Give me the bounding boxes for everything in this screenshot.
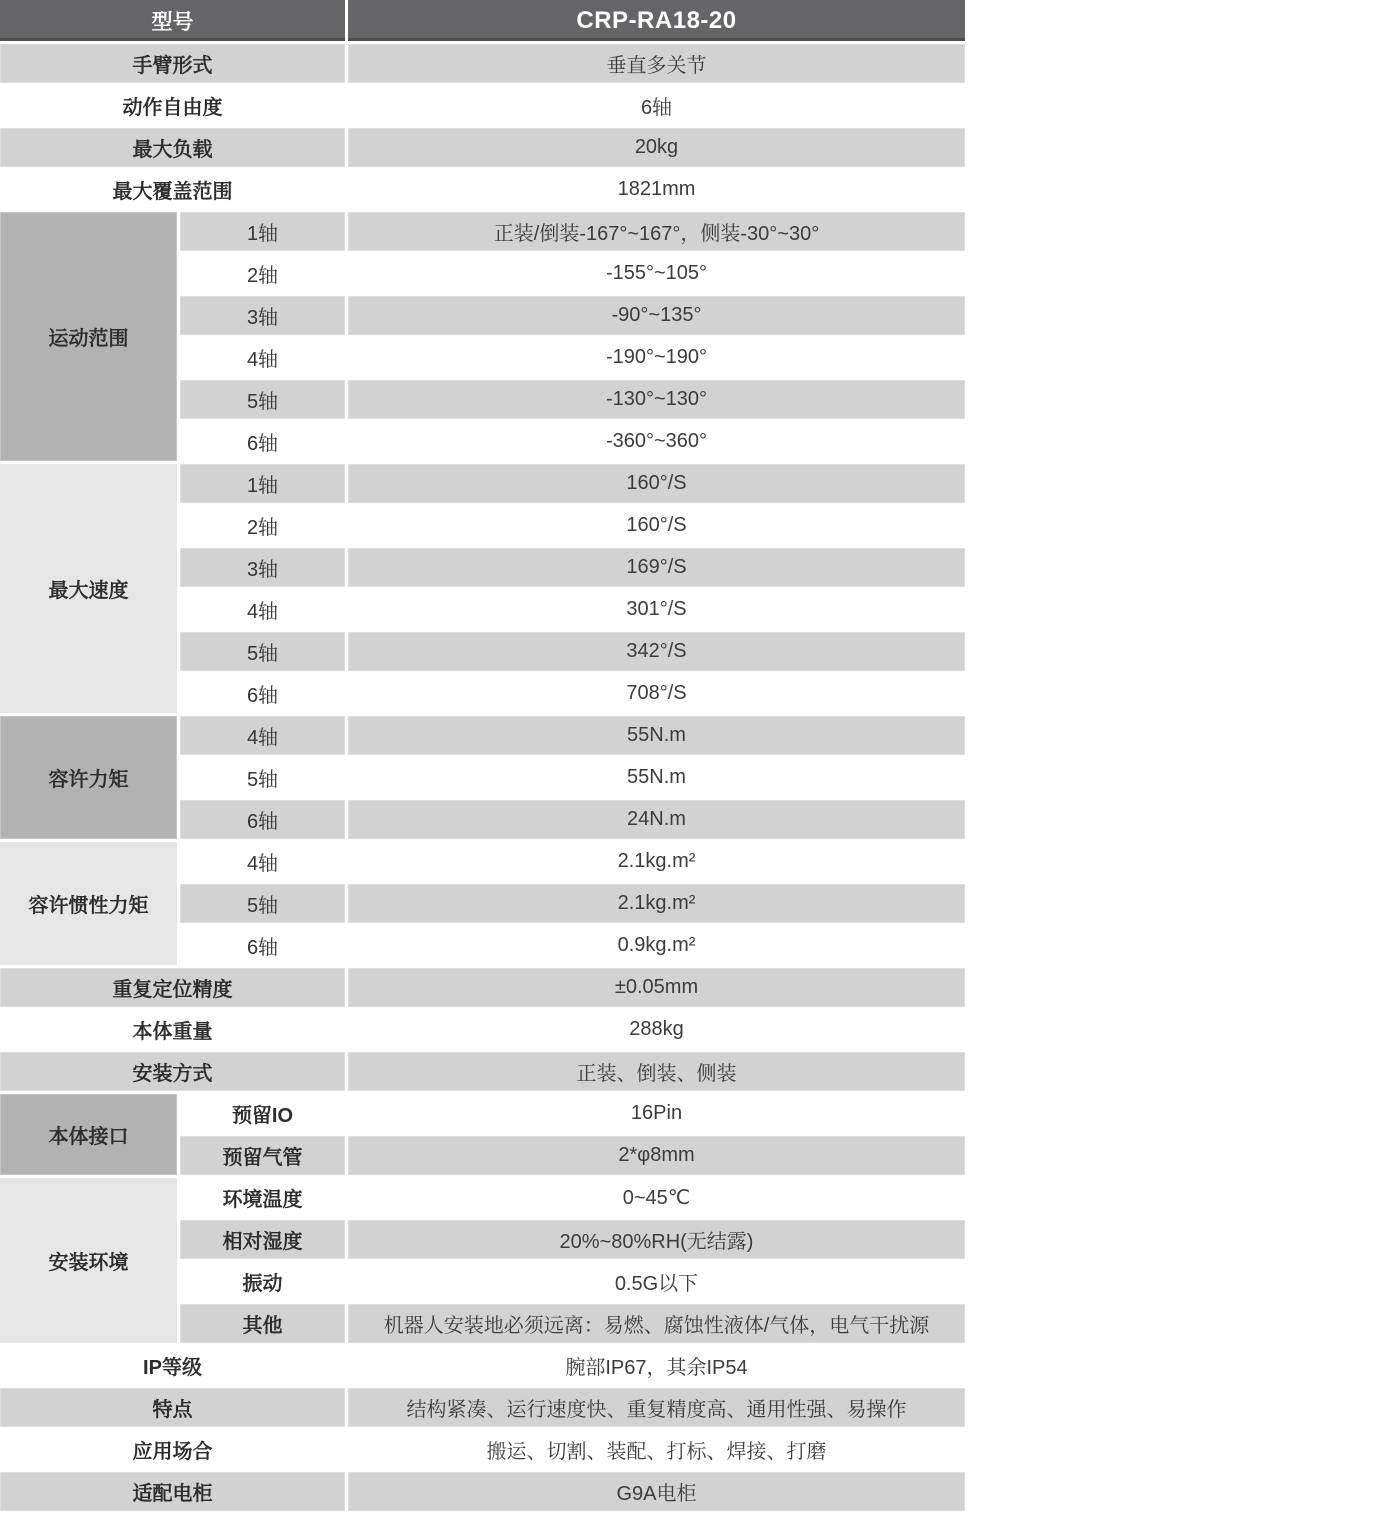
applications-value: 搬运、切割、装配、打标、焊接、打磨 (348, 1430, 965, 1469)
allowable-torque-axis-label: 5轴 (180, 758, 345, 797)
features-label: 特点 (0, 1388, 345, 1427)
motion-range-row: 运动范围 1轴 正装/倒装-167°~167°，侧装-30°~30° (0, 212, 965, 251)
ip-rating-label: IP等级 (0, 1346, 345, 1385)
motion-range-axis-value: -130°~130° (348, 380, 965, 419)
spec-row-mounting: 安装方式 正装、倒装、侧装 (0, 1052, 965, 1091)
spec-row-ip-rating: IP等级 腕部IP67，其余IP54 (0, 1346, 965, 1385)
motion-range-axis-label: 1轴 (180, 212, 345, 251)
motion-range-axis-label: 3轴 (180, 296, 345, 335)
environment-item-value: 0.5G以下 (348, 1262, 965, 1301)
allowable-torque-axis-label: 6轴 (180, 800, 345, 839)
body-interface-item-value: 2*φ8mm (348, 1136, 965, 1175)
body-interface-group-label: 本体接口 (0, 1094, 177, 1175)
max-speed-axis-label: 6轴 (180, 674, 345, 713)
body-interface-item-value: 16Pin (348, 1094, 965, 1133)
max-speed-axis-label: 3轴 (180, 548, 345, 587)
allowable-inertia-axis-value: 0.9kg.m² (348, 926, 965, 965)
features-value: 结构紧凑、运行速度快、重复精度高、通用性强、易操作 (348, 1388, 965, 1427)
max-speed-axis-label: 4轴 (180, 590, 345, 629)
spec-row-repeatability: 重复定位精度 ±0.05mm (0, 968, 965, 1007)
spec-row-dof: 动作自由度 6轴 (0, 86, 965, 125)
spec-row-body-weight: 本体重量 288kg (0, 1010, 965, 1049)
spec-row-features: 特点 结构紧凑、运行速度快、重复精度高、通用性强、易操作 (0, 1388, 965, 1427)
environment-item-value: 0~45℃ (348, 1178, 965, 1217)
max-speed-axis-label: 1轴 (180, 464, 345, 503)
max-speed-axis-label: 5轴 (180, 632, 345, 671)
max-speed-group-label: 最大速度 (0, 464, 177, 713)
dof-value: 6轴 (348, 86, 965, 125)
spec-row-applications: 应用场合 搬运、切割、装配、打标、焊接、打磨 (0, 1430, 965, 1469)
allowable-inertia-axis-label: 6轴 (180, 926, 345, 965)
applications-label: 应用场合 (0, 1430, 345, 1469)
motion-range-axis-label: 5轴 (180, 380, 345, 419)
robot-spec-sheet: 型号 CRP-RA18-20 手臂形式 垂直多关节 动作自由度 6轴 最大负载 … (0, 0, 1400, 1511)
environment-item-label: 环境温度 (180, 1178, 345, 1217)
allowable-torque-axis-value: 24N.m (348, 800, 965, 839)
environment-item-value: 机器人安装地必须远离：易燃、腐蚀性液体/气体，电气干扰源 (348, 1304, 965, 1343)
environment-item-value: 20%~80%RH(无结露) (348, 1220, 965, 1259)
allowable-torque-group-label: 容许力矩 (0, 716, 177, 839)
max-speed-axis-value: 708°/S (348, 674, 965, 713)
repeatability-value: ±0.05mm (348, 968, 965, 1007)
motion-range-axis-label: 6轴 (180, 422, 345, 461)
motion-range-axis-value: -360°~360° (348, 422, 965, 461)
body-interface-item-label: 预留气管 (180, 1136, 345, 1175)
allowable-inertia-axis-value: 2.1kg.m² (348, 842, 965, 881)
environment-row: 安装环境 环境温度 0~45℃ (0, 1178, 965, 1217)
max-reach-label: 最大覆盖范围 (0, 170, 345, 209)
cabinet-label: 适配电柜 (0, 1472, 345, 1511)
motion-range-axis-value: -90°~135° (348, 296, 965, 335)
body-interface-item-label: 预留IO (180, 1094, 345, 1133)
allowable-torque-row: 容许力矩 4轴 55N.m (0, 716, 965, 755)
spec-row-max-payload: 最大负载 20kg (0, 128, 965, 167)
arm-type-value: 垂直多关节 (348, 44, 965, 83)
cabinet-value: G9A电柜 (348, 1472, 965, 1511)
environment-item-label: 其他 (180, 1304, 345, 1343)
allowable-torque-axis-label: 4轴 (180, 716, 345, 755)
motion-range-axis-value: 正装/倒装-167°~167°，侧装-30°~30° (348, 212, 965, 251)
spec-row-arm-type: 手臂形式 垂直多关节 (0, 44, 965, 83)
repeatability-label: 重复定位精度 (0, 968, 345, 1007)
spec-table: 型号 CRP-RA18-20 手臂形式 垂直多关节 动作自由度 6轴 最大负载 … (0, 0, 968, 1514)
environment-item-label: 相对湿度 (180, 1220, 345, 1259)
motion-range-axis-value: -190°~190° (348, 338, 965, 377)
max-payload-value: 20kg (348, 128, 965, 167)
mounting-value: 正装、倒装、侧装 (348, 1052, 965, 1091)
motion-range-group-label: 运动范围 (0, 212, 177, 461)
allowable-torque-axis-value: 55N.m (348, 716, 965, 755)
max-speed-row: 最大速度 1轴 160°/S (0, 464, 965, 503)
environment-item-label: 振动 (180, 1262, 345, 1301)
allowable-inertia-group-label: 容许惯性力矩 (0, 842, 177, 965)
max-speed-axis-value: 301°/S (348, 590, 965, 629)
allowable-torque-axis-value: 55N.m (348, 758, 965, 797)
body-interface-row: 本体接口 预留IO 16Pin (0, 1094, 965, 1133)
arm-type-label: 手臂形式 (0, 44, 345, 83)
max-speed-axis-value: 169°/S (348, 548, 965, 587)
max-speed-axis-value: 160°/S (348, 464, 965, 503)
max-payload-label: 最大负载 (0, 128, 345, 167)
allowable-inertia-axis-value: 2.1kg.m² (348, 884, 965, 923)
model-header-row: 型号 CRP-RA18-20 (0, 0, 965, 41)
max-reach-value: 1821mm (348, 170, 965, 209)
spec-row-cabinet: 适配电柜 G9A电柜 (0, 1472, 965, 1511)
environment-group-label: 安装环境 (0, 1178, 177, 1343)
mounting-label: 安装方式 (0, 1052, 345, 1091)
body-weight-label: 本体重量 (0, 1010, 345, 1049)
body-weight-value: 288kg (348, 1010, 965, 1049)
motion-range-axis-value: -155°~105° (348, 254, 965, 293)
model-header-label: 型号 (0, 0, 345, 41)
max-speed-axis-value: 160°/S (348, 506, 965, 545)
allowable-inertia-axis-label: 4轴 (180, 842, 345, 881)
max-speed-axis-value: 342°/S (348, 632, 965, 671)
max-speed-axis-label: 2轴 (180, 506, 345, 545)
motion-range-axis-label: 2轴 (180, 254, 345, 293)
spec-row-max-reach: 最大覆盖范围 1821mm (0, 170, 965, 209)
dof-label: 动作自由度 (0, 86, 345, 125)
motion-range-axis-label: 4轴 (180, 338, 345, 377)
model-header-value: CRP-RA18-20 (348, 0, 965, 41)
ip-rating-value: 腕部IP67，其余IP54 (348, 1346, 965, 1385)
allowable-inertia-row: 容许惯性力矩 4轴 2.1kg.m² (0, 842, 965, 881)
allowable-inertia-axis-label: 5轴 (180, 884, 345, 923)
